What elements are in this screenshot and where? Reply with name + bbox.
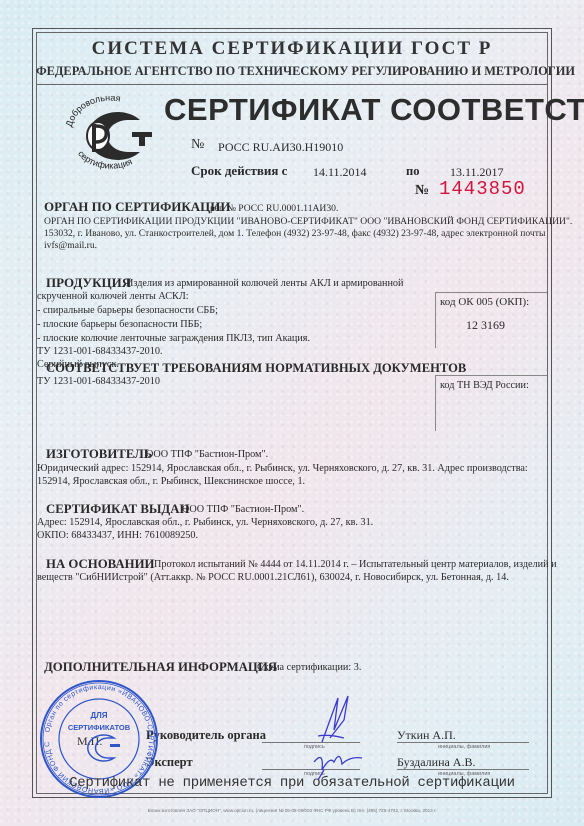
issued-to-line-1: Адрес: 152914, Ярославская обл., г. Рыби… [37,517,373,528]
compliance-value: ТУ 1231-001-68433437-2010 [37,376,160,387]
expert-name-line [397,769,529,770]
svg-text:ДЛЯ: ДЛЯ [90,711,107,720]
okp-label: код ОК 005 (ОКП): [440,296,529,308]
issued-to-name: ООО ТПФ "Бастион-Пром". [182,504,304,515]
cert-number: РОСС RU.АИ30.Н19010 [218,140,343,155]
head-name-line [397,742,529,743]
agency-title: ФЕДЕРАЛЬНОЕ АГЕНТСТВО ПО ТЕХНИЧЕСКОМУ РЕ… [36,64,548,79]
manufacturer-name: ООО ТПФ "Бастион-Пром". [146,449,268,460]
product-line-3: - спиральные барьеры безопасности СББ; [37,305,218,316]
issued-to-title: СЕРТИФИКАТ ВЫДАН [46,502,189,517]
okp-value: 12 3169 [466,318,505,333]
to-label: по [406,164,419,179]
issued-to-line-2: ОКПО: 68433437, ИНН: 7610089250. [37,530,198,541]
head-name: Уткин А.П. [397,728,456,743]
valid-from: 14.11.2014 [313,165,367,180]
manufacturer-line-2: 152914, Ярославская обл., г. Рыбинск, Ше… [37,476,305,487]
blank-number: 1443850 [439,178,526,200]
blank-footer: Бланк изготовлен ЗАО "ОПЦИОН", www.opcio… [0,808,584,813]
body-line-1: ОРГАН ПО СЕРТИФИКАЦИИ ПРОДУКЦИИ "ИВАНОВО… [44,216,572,227]
svg-text:СЕРТИФИКАТОВ: СЕРТИФИКАТОВ [68,723,131,732]
body-line-3: ivfs@mail.ru. [44,240,97,251]
expert-name: Буздалина А.В. [397,755,475,770]
validity-label: Срок действия с [191,163,287,179]
system-title: СИСТЕМА СЕРТИФИКАЦИИ ГОСТ Р [36,38,548,60]
body-reg: рег. № РОСС RU.0001.11АИ30. [210,203,338,214]
cert-number-label: № [191,137,204,153]
product-line-5: - плоские колючие ленточные заграждения … [37,333,310,344]
additional-value: Схема сертификации: 3. [257,662,361,673]
signature-scribbles [300,690,370,780]
head-name-caption: инициалы, фамилия [438,744,490,750]
bottom-note: Сертификат не применяется при обязательн… [36,775,548,791]
product-line-2: скрученной колючей ленты АСКЛ: [37,291,189,302]
body-title: ОРГАН ПО СЕРТИФИКАЦИИ [44,199,231,215]
body-line-2: 153032, г. Иваново, ул. Станкостроителей… [44,228,545,239]
head-label: Руководитель органа [146,728,266,743]
product-line-1: Изделия из армированной колючей ленты АК… [126,278,403,289]
rst-logo-icon: Добровольная сертификация [62,96,158,172]
basis-title: НА ОСНОВАНИИ [46,557,155,572]
product-line-6: ТУ 1231-001-68433437-2010. [37,346,163,357]
header-separator [36,84,548,85]
rst-logo: Добровольная сертификация [62,96,158,172]
certificate-title: СЕРТИФИКАТ СООТВЕТСТВИЯ [164,92,584,128]
tnved-label: код ТН ВЭД России: [440,380,529,391]
product-line-4: - плоские барьеры безопасности ПББ; [37,319,202,330]
product-title: ПРОДУКЦИЯ [46,275,131,291]
manufacturer-title: ИЗГОТОВИТЕЛЬ [46,447,152,462]
manufacturer-line-1: Юридический адрес: 152914, Ярославская о… [37,463,528,474]
basis-line-1: Протокол испытаний № 4444 от 14.11.2014 … [154,559,557,570]
additional-title: ДОПОЛНИТЕЛЬНАЯ ИНФОРМАЦИЯ [44,660,277,675]
compliance-title: СООТВЕТСТВУЕТ ТРЕБОВАНИЯМ НОРМАТИВНЫХ ДО… [46,361,466,376]
blank-number-label: № [415,183,429,199]
basis-line-2: веществ "СибНИИстрой" (Атт.аккр. № РОСС … [37,572,509,583]
